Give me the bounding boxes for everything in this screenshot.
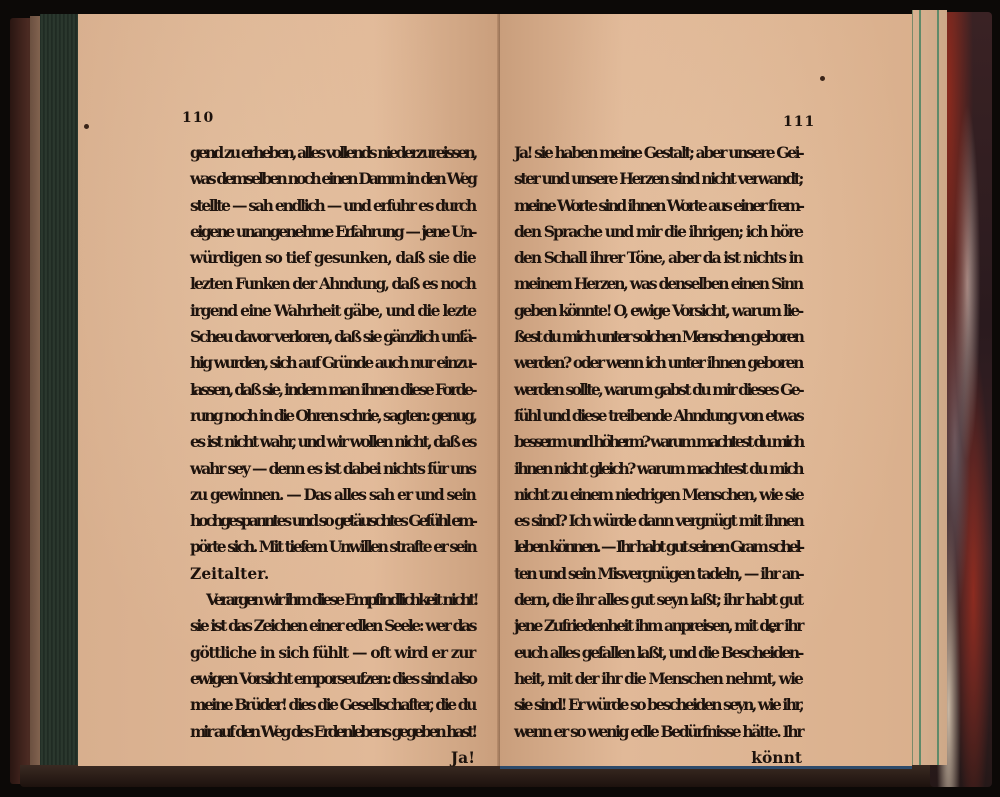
text-line: wenn er so wenig edle Bedürfnisse hätte.…: [514, 719, 802, 745]
text-line: lassen, daß sie, indem man ihnen diese F…: [190, 377, 475, 403]
text-line: heit, mit der ihr die Menschen nehmt, wi…: [514, 666, 802, 692]
text-line: es sind? Ich würde dann vergnügt mit ihn…: [514, 508, 802, 534]
text-line: ster und unsere Herzen sind nicht verwan…: [514, 166, 802, 192]
text-line: nicht zu einem niedrigen Menschen, wie s…: [514, 482, 802, 508]
text-line: euch alles gefallen laßt, und die Besche…: [514, 640, 802, 666]
text-line: werden? oder wenn ich unter ihnen gebore…: [514, 350, 802, 376]
text-line: eigene unangenehme Erfahrung — jene Un-: [190, 219, 475, 245]
right-page-text: Ja! sie haben meine Gestalt; aber unsere…: [514, 140, 802, 771]
text-line: irgend eine Wahrheit gäbe, und die lezte: [190, 298, 475, 324]
text-line: wahr sey — denn es ist dabei nichts für …: [190, 456, 475, 482]
text-line: ten und sein Misvergnügen tadeln, — ihr …: [514, 561, 802, 587]
text-line: gend zu erheben, alles vollends niederzu…: [190, 140, 475, 166]
text-line: pörte sich. Mit tiefem Unwillen strafte …: [190, 534, 475, 560]
text-line: sie sind! Er würde so bescheiden seyn, w…: [514, 692, 802, 718]
catchword-right: könnt: [514, 745, 802, 771]
text-line: leben können. — Ihr habt gut seinen Gram…: [514, 534, 802, 560]
text-line: jene Zufriedenheit ihm anpreisen, mit de…: [514, 613, 802, 639]
left-page: 110 gend zu erheben, alles vollends nied…: [78, 14, 500, 766]
text-line: dern, die ihr alles gut seyn laßt; ihr h…: [514, 587, 802, 613]
text-line: Scheu davor verloren, daß sie gänzlich u…: [190, 324, 475, 350]
text-line: ewigen Vorsicht emporseufzen: dies sind …: [190, 666, 475, 692]
text-line: zu gewinnen. — Das alles sah er und sein: [190, 482, 475, 508]
foxing-spot: [84, 124, 89, 129]
text-line: göttliche in sich fühlt — oft wird er zu…: [190, 640, 475, 666]
text-line: Ja! sie haben meine Gestalt; aber unsere…: [514, 140, 802, 166]
text-line: meinem Herzen, was denselben einen Sinn: [514, 271, 802, 297]
page-number-left: 110: [182, 110, 214, 126]
text-line: würdigen so tief gesunken, daß sie die: [190, 245, 475, 271]
right-page-edges: [912, 10, 947, 765]
foxing-spot: [820, 76, 825, 81]
text-line: fühl und diese treibende Ahndung von etw…: [514, 403, 802, 429]
page-number-right: 111: [783, 114, 815, 130]
text-line: es ist nicht wahr, und wir wollen nicht,…: [190, 429, 475, 455]
open-book-photo: 110 gend zu erheben, alles vollends nied…: [0, 0, 1000, 797]
text-line: ßest du mich unter solchen Menschen gebo…: [514, 324, 802, 350]
left-page-edges: [40, 14, 79, 772]
text-line: lezten Funken der Ahndung, daß es noch: [190, 271, 475, 297]
text-line: was demselben noch einen Damm in den Weg: [190, 166, 475, 192]
left-page-text: gend zu erheben, alles vollends niederzu…: [190, 140, 475, 771]
text-line: hig wurden, sich auf Gründe auch nur ein…: [190, 350, 475, 376]
text-line: ihnen nicht gleich? warum machtest du mi…: [514, 456, 802, 482]
text-line: den Schall ihrer Töne, aber da ist nicht…: [514, 245, 802, 271]
text-line: den Sprache und mir die ihrigen; ich hör…: [514, 219, 802, 245]
text-line: stellte — sah endlich — und erfuhr es du…: [190, 193, 475, 219]
text-line: rung noch in die Ohren schrie, sagten: g…: [190, 403, 475, 429]
text-line: hochgespanntes und so getäuschtes Gefühl…: [190, 508, 475, 534]
text-line: meine Worte sind ihnen Worte aus einer f…: [514, 193, 802, 219]
text-line: besserm und höherm? warum machtest du mi…: [514, 429, 802, 455]
right-page: 111 Ja! sie haben meine Gestalt; aber un…: [500, 14, 912, 769]
text-line: Zeitalter.: [190, 561, 475, 587]
text-line: geben könnte! O, ewige Vorsicht, warum l…: [514, 298, 802, 324]
text-line: meine Brüder! dies die Gesellschafter, d…: [190, 692, 475, 718]
catchword-left: Ja!: [190, 745, 475, 771]
text-line: Verargen wir ihm diese Empfindlichkeit n…: [190, 587, 475, 613]
text-line: sie ist das Zeichen einer edlen Seele: w…: [190, 613, 475, 639]
text-line: mir auf den Weg des Erdenlebens gegeben …: [190, 719, 475, 745]
text-line: werden sollte, warum gabst du mir dieses…: [514, 377, 802, 403]
